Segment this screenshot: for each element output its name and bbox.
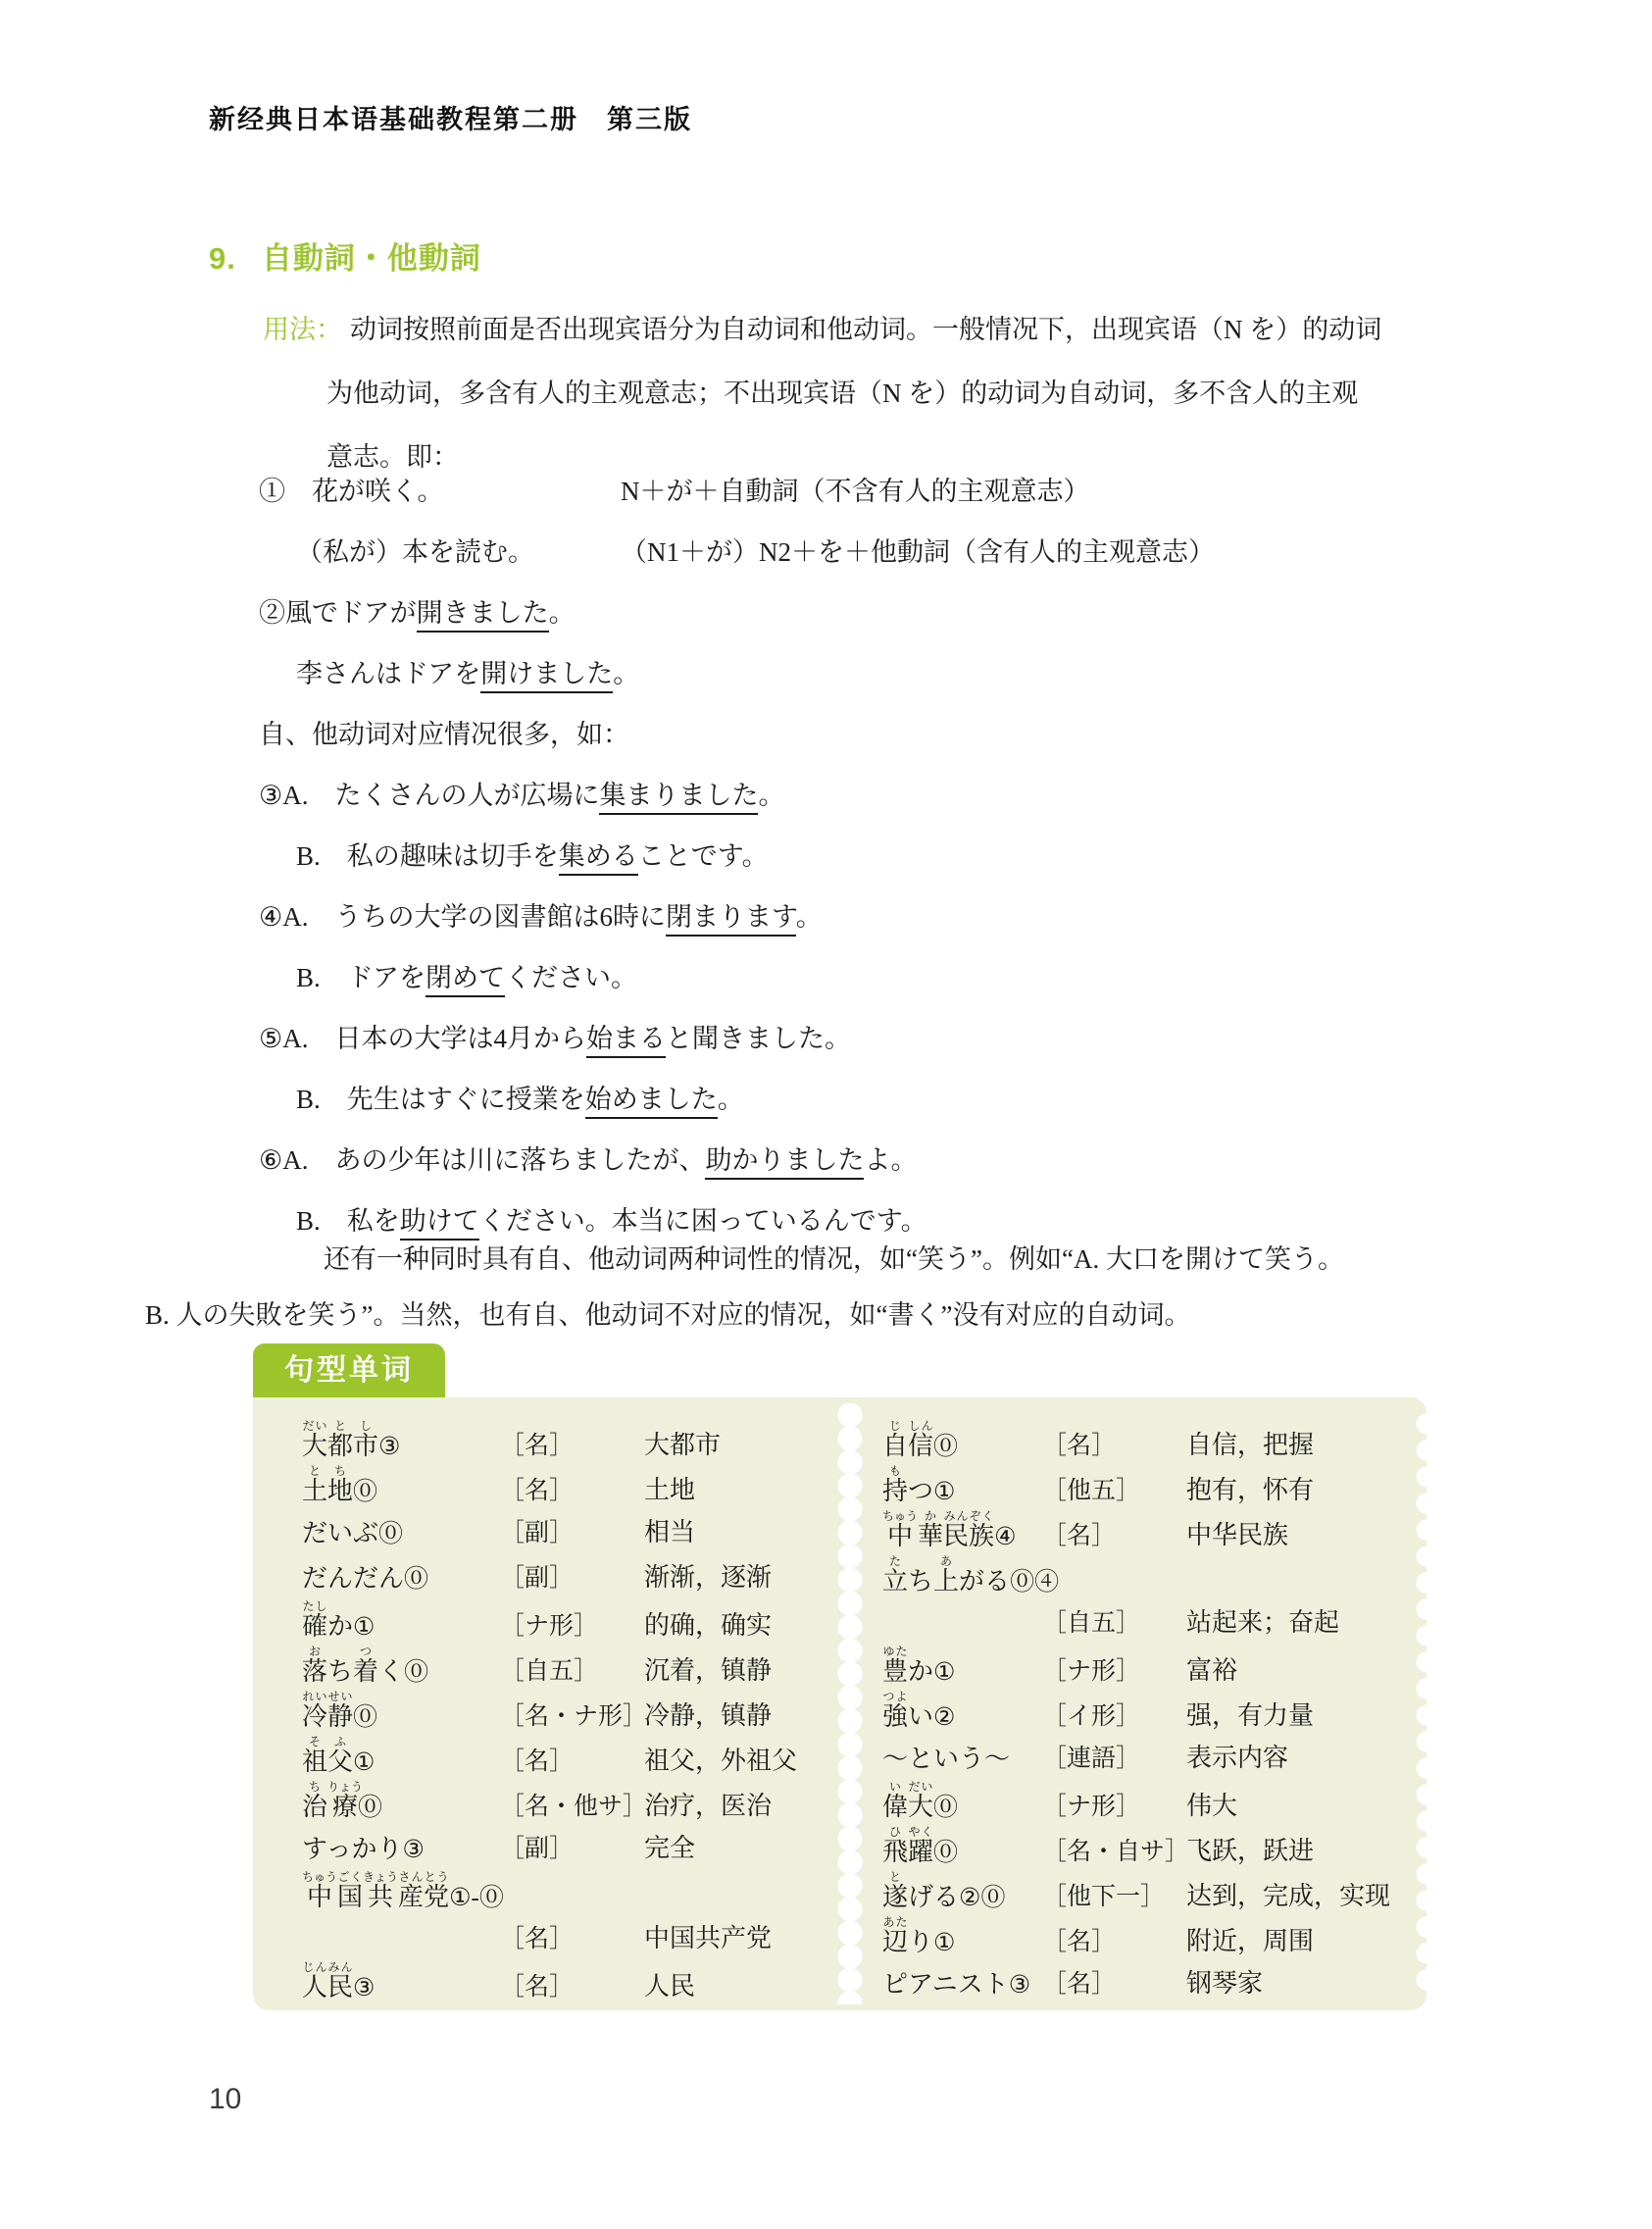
vocab-meaning: 相当	[644, 1512, 833, 1548]
pattern-formula: N＋が＋自動詞（不含有人的主观意志）	[621, 461, 1090, 522]
vocab-word: 遂とげる②⓪	[882, 1870, 1042, 1912]
sentence-fragment: 。	[549, 598, 576, 628]
vocab-word: ピアニスト③	[882, 1971, 1042, 2000]
example-text: ① 花が咲く。	[259, 477, 443, 506]
vocab-row: 中ちゅう国ごく共きょう産さん党とう①-⓪	[302, 1870, 833, 1915]
example-text: B. ドアを閉めてください。	[296, 963, 637, 997]
vocab-pos: ［名］	[500, 1967, 644, 2002]
vocab-row: だいぶ⓪［副］相当	[302, 1509, 833, 1554]
sentence-fragment: 。	[758, 781, 784, 810]
vocab-pos: ［副］	[500, 1513, 644, 1548]
accent-number: ①	[353, 1614, 375, 1641]
example-text: ⑤A. 日本の大学は4月から始まると聞きました。	[259, 1024, 851, 1058]
vocab-pos: ［名］	[1042, 1516, 1186, 1551]
vocab-pos: ［自五］	[1042, 1603, 1186, 1639]
vocab-divider	[837, 1403, 863, 2004]
vocab-row: 強つよい②［イ形］强，有力量	[882, 1690, 1420, 1735]
example-text: ④A. うちの大学の図書館は6時に閉まります。	[259, 902, 823, 937]
example-line: B. 私の趣味は切手を集めることです。	[0, 826, 1652, 887]
sentence-fragment: と聞きました。	[666, 1024, 851, 1053]
accent-number: ①	[933, 1930, 955, 1956]
accent-number: ⓪	[358, 1795, 382, 1821]
vocab-word: ～という～	[882, 1746, 1042, 1774]
vocab-pos: ［名］	[500, 1919, 644, 1954]
vocab-meaning: 渐渐，逐渐	[644, 1557, 833, 1594]
vocab-word: 落おち着つく⓪	[302, 1645, 500, 1687]
vocab-row: 確たしか①［ナ形］的确，确实	[302, 1599, 833, 1645]
accent-number: ⓪	[933, 1840, 958, 1866]
section-number: 9.	[209, 241, 236, 276]
vocab-column-left: 大だい都と市し③［名］大都市土と地ち⓪［名］土地だいぶ⓪［副］相当だんだん⓪［副…	[302, 1419, 833, 2005]
accent-number: ①-⓪	[449, 1885, 504, 1911]
vocab-pos: ［名］	[500, 1471, 644, 1506]
vocab-pos: ［イ形］	[1042, 1697, 1186, 1732]
accent-number: ⓪④	[1010, 1569, 1059, 1596]
example-text: ③A. たくさんの人が広場に集まりました。	[259, 781, 784, 815]
sentence-fragment: 自、他动词对应情况很多，如：	[259, 720, 629, 749]
sentence-fragment: B. 先生はすぐに授業を	[296, 1085, 585, 1114]
vocab-meaning: 抱有，怀有	[1186, 1470, 1420, 1506]
vocab-row: 自じ信しん⓪［名］自信，把握	[882, 1419, 1420, 1464]
usage-label: 用法：	[263, 315, 342, 344]
vocab-meaning: 人民	[644, 1966, 833, 2002]
accent-number: ⓪	[933, 1434, 958, 1460]
vocab-row: 祖そ父ふ①［名］祖父，外祖父	[302, 1735, 833, 1780]
vocab-pos: ［名］	[1042, 1426, 1186, 1461]
running-head: 新经典日本语基础教程第二册 第三版	[209, 98, 692, 136]
vocab-word: だいぶ⓪	[302, 1520, 500, 1548]
textbook-page: 新经典日本语基础教程第二册 第三版 9.自動詞・他動詞 用法：动词按照前面是否出…	[0, 0, 1652, 2229]
vocab-meaning: 完全	[644, 1828, 833, 1864]
vocab-word: 立たち上あがる⓪④	[882, 1554, 1042, 1596]
accent-number: ③	[378, 1434, 400, 1460]
accent-number: ③	[1009, 1972, 1030, 1999]
example-text: ②風でドアが開きました。	[259, 598, 576, 633]
accent-number: ⓪	[933, 1795, 958, 1821]
sentence-fragment: ⑤A. 日本の大学は4月から	[259, 1024, 586, 1053]
vocab-meaning: 表示内容	[1186, 1738, 1420, 1774]
vocab-pos: ［名・他サ］	[500, 1787, 644, 1822]
example-line: B. ドアを閉めてください。	[0, 947, 1652, 1008]
vocab-pos: ［ナ形］	[1042, 1787, 1186, 1822]
sentence-fragment: ⑥A. あの少年は川に落ちましたが、	[259, 1145, 705, 1175]
vocab-word: 中ちゅう国ごく共きょう産さん党とう①-⓪	[302, 1870, 500, 1912]
pattern-formula: （N1＋が）N2＋を＋他動詞（含有人的主观意志）	[621, 522, 1215, 583]
accent-number: ①	[933, 1659, 955, 1686]
vocab-word: 祖そ父ふ①	[302, 1735, 500, 1777]
vocab-word: 飛ひ躍やく⓪	[882, 1825, 1042, 1867]
vocab-meaning: 站起来；奋起	[1186, 1602, 1420, 1639]
closing-line: B. 人の失敗を笑う”。当然，也有自、他动词不对应的情况，如“書く”没有对应的自…	[0, 1288, 1652, 1343]
vocab-meaning: 富裕	[1186, 1650, 1420, 1687]
vocab-pos: ［副］	[500, 1829, 644, 1864]
vocab-meaning: 自信，把握	[1186, 1425, 1420, 1461]
vocab-pos: ［名・ナ形］	[500, 1697, 644, 1732]
sentence-fragment: 。	[796, 902, 823, 932]
sentence-fragment: （私が）本を読む。	[296, 537, 534, 567]
vocab-word: 自じ信しん⓪	[882, 1419, 1042, 1461]
closing-paragraph: 还有一种同时具有自、他动词两种词性的情况，如“笑う”。例如“A. 大口を開けて笑…	[0, 1232, 1652, 1343]
underlined-verb: 開けました	[480, 659, 613, 693]
sentence-fragment: ④A. うちの大学の図書館は6時に	[259, 902, 666, 932]
vocab-row: 大だい都と市し③［名］大都市	[302, 1419, 833, 1464]
underlined-verb: 始まる	[586, 1024, 666, 1058]
vocab-box: 句型单词 大だい都と市し③［名］大都市土と地ち⓪［名］土地だいぶ⓪［副］相当だん…	[253, 1343, 1427, 2010]
vocab-row: 土と地ち⓪［名］土地	[302, 1464, 833, 1509]
sentence-fragment: ① 花が咲く。	[259, 477, 443, 506]
underlined-verb: 助かりました	[705, 1145, 864, 1180]
vocab-row: ～という～［連語］表示内容	[882, 1735, 1420, 1780]
vocab-pos: ［自五］	[500, 1651, 644, 1687]
vocab-meaning: 中华民族	[1186, 1515, 1420, 1551]
example-line: B. 先生はすぐに授業を始めました。	[0, 1069, 1652, 1130]
vocab-meaning: 中国共产党	[644, 1918, 833, 1954]
vocab-meaning: 钢琴家	[1186, 1963, 1420, 2000]
vocab-pos: ［ナ形］	[1042, 1651, 1186, 1687]
vocab-meaning: 祖父，外祖父	[644, 1741, 833, 1777]
underlined-verb: 集める	[559, 841, 638, 876]
vocab-word: 人じん民みん③	[302, 1960, 500, 2002]
vocab-row: 冷れい静せい⓪［名・ナ形］冷静，镇静	[302, 1690, 833, 1735]
accent-number: ①	[353, 1749, 375, 1776]
sentence-fragment: ②風でドアが	[259, 598, 417, 628]
vocab-pos: ［名］	[500, 1742, 644, 1777]
example-line: ②風でドアが開きました。	[0, 583, 1652, 643]
vocab-pos: ［連語］	[1042, 1739, 1186, 1774]
vocab-pos: ［副］	[500, 1558, 644, 1594]
vocab-row: だんだん⓪［副］渐渐，逐渐	[302, 1554, 833, 1599]
vocab-word: 偉い大だい⓪	[882, 1780, 1042, 1822]
vocab-row: 中ちゅう華か民みん族ぞく④［名］中华民族	[882, 1509, 1420, 1554]
vocab-pos: ［名・自サ］	[1042, 1832, 1186, 1867]
usage-line: 为他动词，多含有人的主观意志；不出现宾语（N を）的动词为自动词，多不含人的主观	[0, 362, 1652, 426]
usage-line: 用法：动词按照前面是否出现宾语分为自动词和他动词。一般情况下，出现宾语（N を）…	[0, 298, 1652, 362]
vocab-meaning: 达到，完成，实现	[1186, 1876, 1420, 1912]
vocab-word: 中ちゅう華か民みん族ぞく④	[882, 1509, 1042, 1551]
vocab-meaning: 冷静，镇静	[644, 1696, 833, 1732]
vocab-row: 落おち着つく⓪［自五］沉着，镇静	[302, 1645, 833, 1690]
vocab-box-title: 句型单词	[253, 1343, 445, 1397]
vocab-meaning: 大都市	[644, 1425, 833, 1461]
section-heading: 9.自動詞・他動詞	[209, 233, 481, 278]
sentence-fragment: ください。	[505, 963, 637, 992]
example-line: ① 花が咲く。N＋が＋自動詞（不含有人的主观意志）	[0, 461, 1652, 522]
example-text: （私が）本を読む。	[296, 537, 534, 567]
example-text: 自、他动词对应情况很多，如：	[259, 720, 629, 749]
example-line: ④A. うちの大学の図書館は6時に閉まります。	[0, 887, 1652, 947]
vocab-pos: ［他五］	[1042, 1471, 1186, 1506]
sentence-fragment: 李さんはドアを	[296, 659, 480, 688]
sentence-fragment: 。	[613, 659, 639, 688]
vocab-word: 確たしか①	[302, 1599, 500, 1642]
vocab-meaning: 强，有力量	[1186, 1696, 1420, 1732]
example-line: 自、他动词对应情况很多，如：	[0, 704, 1652, 765]
sentence-fragment: 。	[718, 1085, 744, 1114]
vocab-word: 強つよい②	[882, 1690, 1042, 1732]
vocab-row: ［自五］站起来；奋起	[882, 1599, 1420, 1645]
accent-number: ⓪	[353, 1479, 377, 1505]
underlined-verb: 閉まります	[666, 902, 796, 937]
vocab-row: 遂とげる②⓪［他下一］达到，完成，实现	[882, 1870, 1420, 1915]
accent-number: ②⓪	[959, 1885, 1005, 1911]
usage-text: 动词按照前面是否出现宾语分为自动词和他动词。一般情况下，出现宾语（N を）的动词	[350, 315, 1381, 344]
vocab-row: ［名］中国共产党	[302, 1915, 833, 1960]
example-line: ⑤A. 日本の大学は4月から始まると聞きました。	[0, 1008, 1652, 1069]
vocab-word: 持もつ①	[882, 1464, 1042, 1506]
vocab-column-right: 自じ信しん⓪［名］自信，把握持もつ①［他五］抱有，怀有中ちゅう華か民みん族ぞく④…	[882, 1419, 1420, 2005]
vocab-word: すっかり③	[302, 1836, 500, 1864]
example-text: B. 私の趣味は切手を集めることです。	[296, 841, 769, 876]
vocab-meaning: 飞跃，跃进	[1186, 1831, 1420, 1867]
vocab-meaning: 伟大	[1186, 1786, 1420, 1822]
underlined-verb: 開きました	[417, 598, 549, 633]
vocab-row: 偉い大だい⓪［ナ形］伟大	[882, 1780, 1420, 1825]
vocab-meaning: 沉着，镇静	[644, 1650, 833, 1687]
vocab-word: 冷れい静せい⓪	[302, 1690, 500, 1732]
accent-number: ④	[994, 1524, 1016, 1550]
vocab-pos: ［ナ形］	[500, 1606, 644, 1642]
vocab-word: 治ち療りょう⓪	[302, 1780, 500, 1822]
example-line: （私が）本を読む。（N1＋が）N2＋を＋他動詞（含有人的主观意志）	[0, 522, 1652, 583]
vocab-row: 立たち上あがる⓪④	[882, 1554, 1420, 1599]
vocab-row: 持もつ①［他五］抱有，怀有	[882, 1464, 1420, 1509]
vocab-row: 豊ゆたか①［ナ形］富裕	[882, 1645, 1420, 1690]
vocab-pos: ［他下一］	[1042, 1877, 1186, 1912]
vocab-pos: ［名］	[1042, 1964, 1186, 2000]
vocab-meaning: 附近，周围	[1186, 1921, 1420, 1957]
vocab-row: 飛ひ躍やく⓪［名・自サ］飞跃，跃进	[882, 1825, 1420, 1870]
vocab-row: 人じん民みん③［名］人民	[302, 1960, 833, 2005]
example-text: ⑥A. あの少年は川に落ちましたが、助かりましたよ。	[259, 1145, 917, 1180]
example-line: 李さんはドアを開けました。	[0, 643, 1652, 704]
vocab-word: 土と地ち⓪	[302, 1464, 500, 1506]
accent-number: ②	[933, 1704, 955, 1731]
vocab-row: ピアニスト③［名］钢琴家	[882, 1960, 1420, 2005]
accent-number: ⓪	[353, 1704, 377, 1731]
sentence-fragment: ことです。	[638, 841, 769, 871]
underlined-verb: 閉めて	[426, 963, 505, 997]
vocab-pos: ［名］	[500, 1426, 644, 1461]
accent-number: ⓪	[378, 1521, 403, 1547]
vocab-pos: ［名］	[1042, 1922, 1186, 1957]
vocab-row: 治ち療りょう⓪［名・他サ］治疗，医治	[302, 1780, 833, 1825]
vocab-word: 大だい都と市し③	[302, 1419, 500, 1461]
accent-number: ③	[353, 1975, 375, 2001]
sentence-fragment: よ。	[864, 1145, 917, 1175]
sentence-fragment: B. 私の趣味は切手を	[296, 841, 559, 871]
closing-line: 还有一种同时具有自、他动词两种词性的情况，如“笑う”。例如“A. 大口を開けて笑…	[0, 1232, 1652, 1288]
accent-number: ③	[402, 1837, 424, 1863]
sentence-fragment: B. ドアを	[296, 963, 426, 992]
underlined-verb: 集まりました	[599, 781, 758, 815]
vocab-word: 辺あたり①	[882, 1915, 1042, 1957]
vocab-row: 辺あたり①［名］附近，周围	[882, 1915, 1420, 1960]
page-number: 10	[209, 2083, 241, 2116]
example-line: ③A. たくさんの人が広場に集まりました。	[0, 765, 1652, 826]
section-title: 自動詞・他動詞	[262, 241, 481, 276]
example-list: ① 花が咲く。N＋が＋自動詞（不含有人的主观意志）（私が）本を読む。（N1＋が）…	[0, 461, 1652, 1251]
accent-number: ①	[933, 1479, 955, 1505]
vocab-meaning: 土地	[644, 1470, 833, 1506]
accent-number: ⓪	[404, 1659, 428, 1686]
vocab-row: すっかり③［副］完全	[302, 1825, 833, 1870]
vocab-word: だんだん⓪	[302, 1565, 500, 1594]
vocab-meaning: 治疗，医治	[644, 1786, 833, 1822]
example-text: 李さんはドアを開けました。	[296, 659, 639, 693]
vocab-box-body: 大だい都と市し③［名］大都市土と地ち⓪［名］土地だいぶ⓪［副］相当だんだん⓪［副…	[253, 1397, 1427, 2010]
accent-number: ⓪	[404, 1566, 428, 1593]
example-line: ⑥A. あの少年は川に落ちましたが、助かりましたよ。	[0, 1130, 1652, 1190]
sentence-fragment: ③A. たくさんの人が広場に	[259, 781, 599, 810]
vocab-word: 豊ゆたか①	[882, 1645, 1042, 1687]
underlined-verb: 始めました	[585, 1085, 718, 1119]
vocab-meaning: 的确，确实	[644, 1605, 833, 1642]
example-text: B. 先生はすぐに授業を始めました。	[296, 1085, 744, 1119]
